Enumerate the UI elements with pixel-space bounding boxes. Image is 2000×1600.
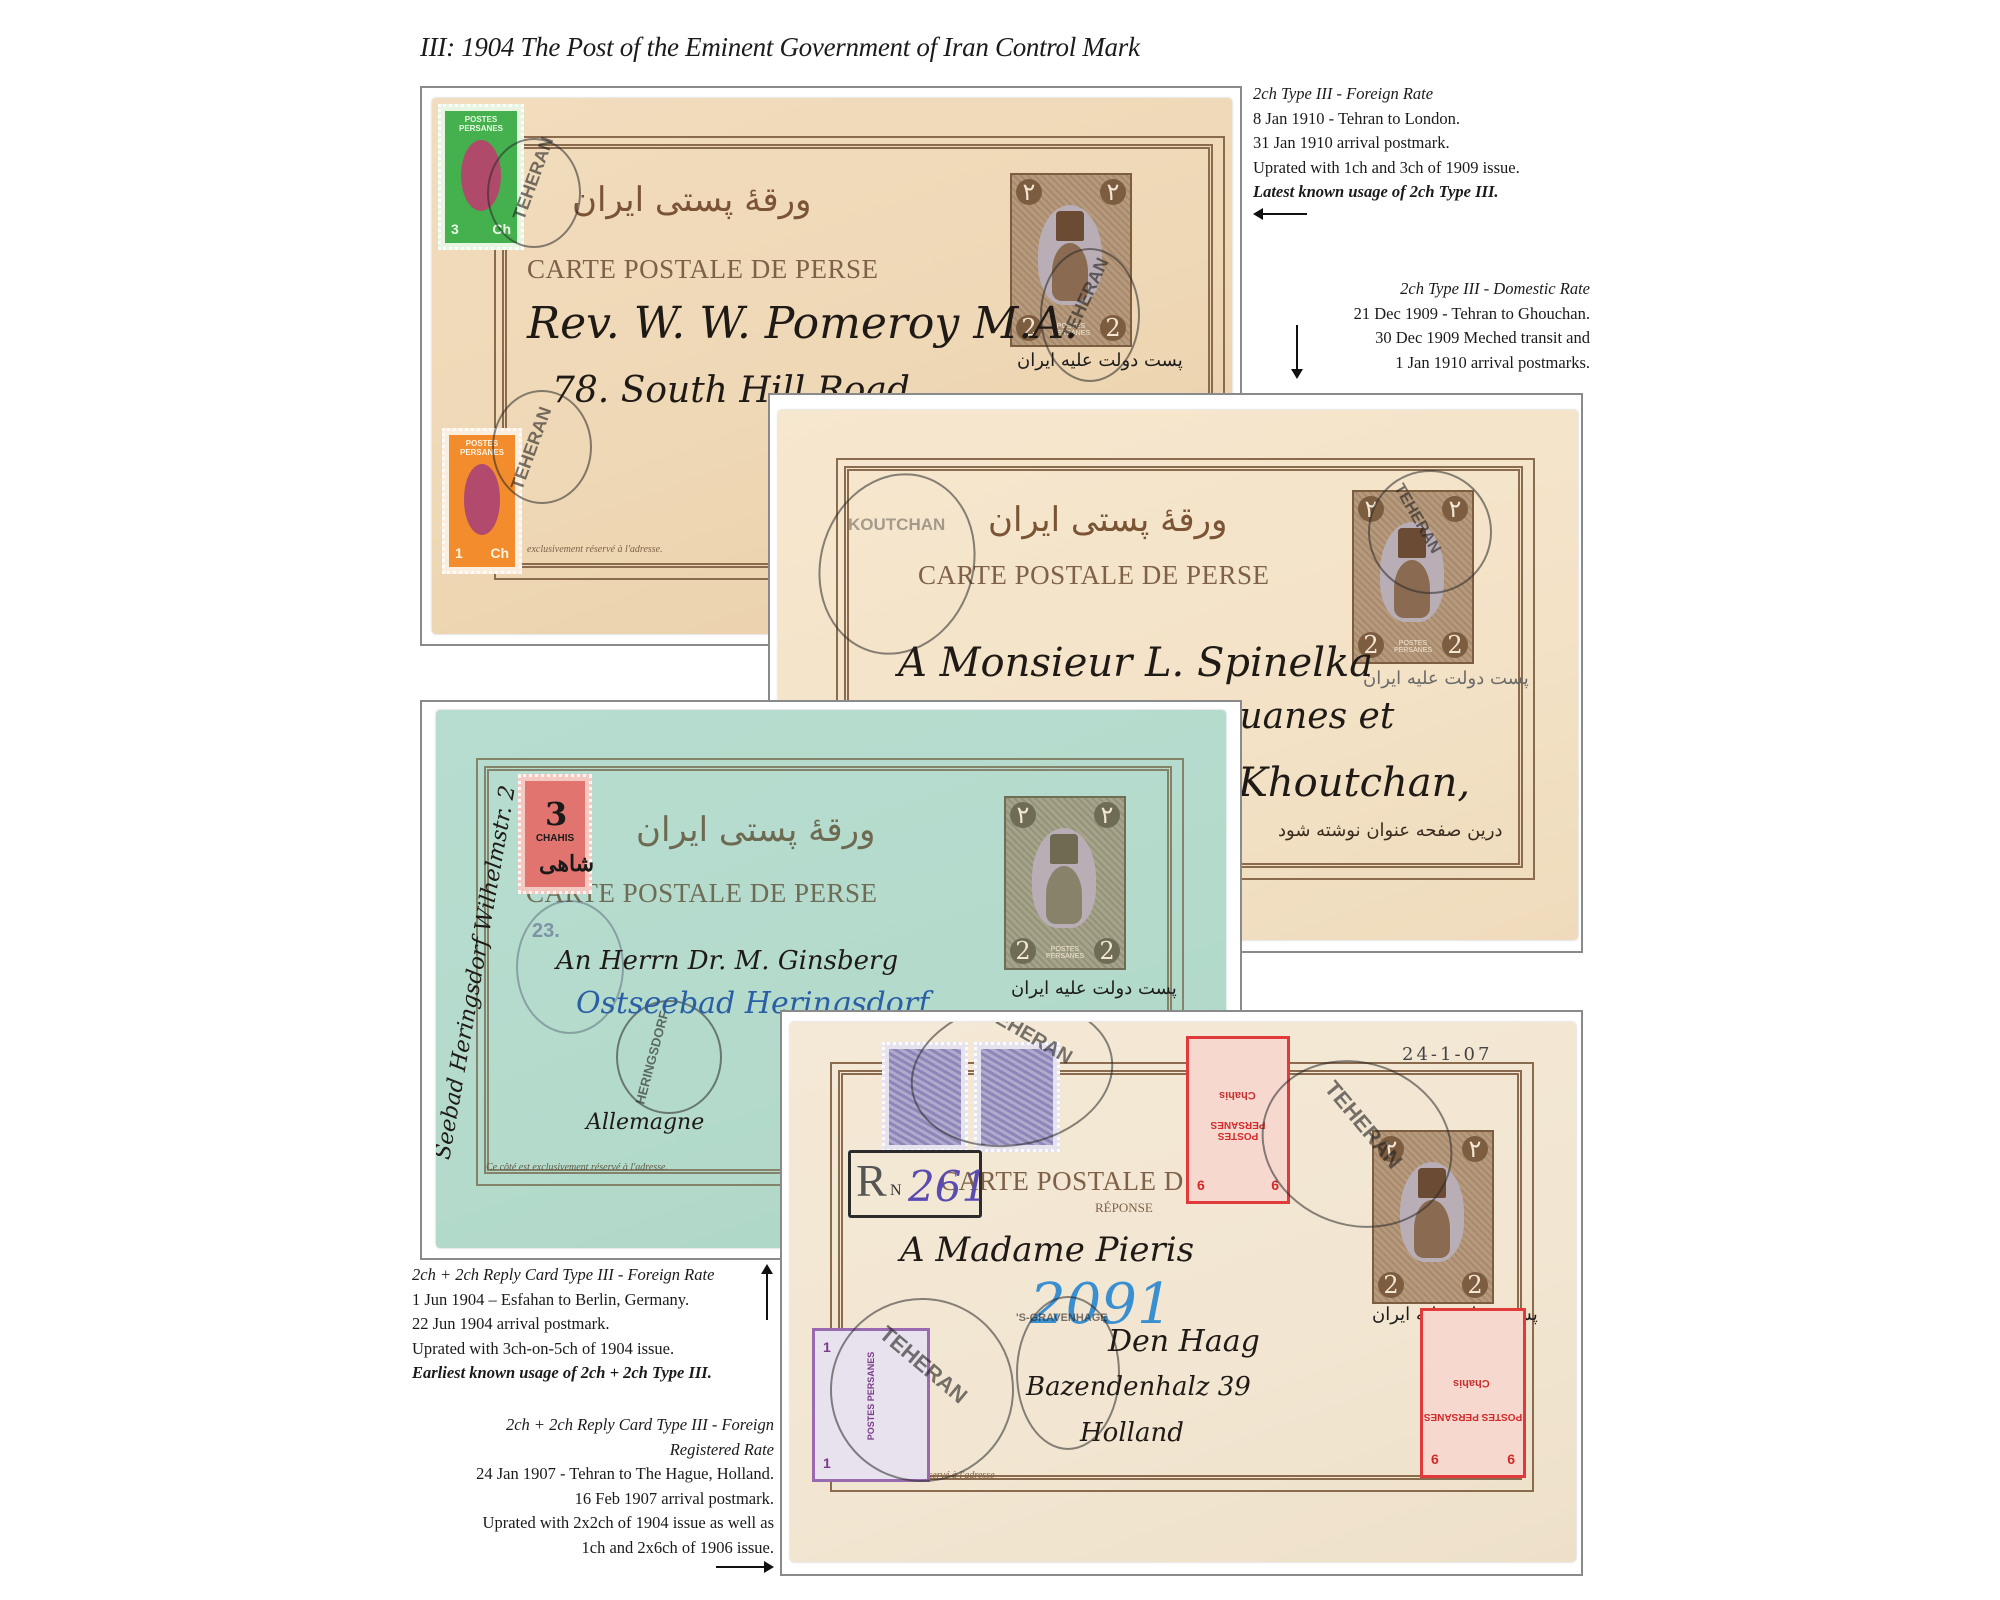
caption-1-line: 8 Jan 1910 - Tehran to London. [1253, 107, 1613, 132]
caption-3-line: 1 Jun 1904 – Esfahan to Berlin, Germany. [412, 1288, 792, 1313]
registration-n-label: N [890, 1182, 902, 1200]
surcharge-text: CHAHIS [525, 833, 585, 844]
gravenhage-postmark-text: 'S-GRAVENHAGE [1016, 1312, 1108, 1324]
caption-2: 2ch Type III - Domestic Rate 21 Dec 1909… [1200, 277, 1590, 375]
arrow-down-icon [1296, 325, 1298, 377]
caption-2-line: 30 Dec 1909 Meched transit and [1200, 326, 1590, 351]
card-2-persian-heading: ورقهٔ پستی ایران [988, 500, 1227, 540]
card-3-persian-heading: ورقهٔ پستی ایران [636, 810, 875, 850]
caption-4-line: 1ch and 2x6ch of 1906 issue. [390, 1536, 774, 1561]
card-3-control-overprint: پست دولت علیه ایران [1011, 978, 1177, 999]
lion-and-sun-emblem-icon [464, 464, 501, 535]
caption-2-heading: 2ch Type III - Domestic Rate [1200, 277, 1590, 302]
card-4-address-line-4: Holland [1080, 1418, 1184, 1448]
registration-number: 261 [908, 1162, 988, 1211]
card-4-address-line-2: Den Haag [1108, 1324, 1260, 1359]
stamp-3ch-on-5ch: 3 CHAHIS شاهی [518, 774, 592, 894]
card-4-address-line-1: A Madame Pieris [900, 1230, 1194, 1270]
caption-3: 2ch + 2ch Reply Card Type III - Foreign … [412, 1263, 792, 1386]
surcharge-persian: شاهی [539, 851, 594, 877]
card-3-address-line-3: Allemagne [586, 1110, 704, 1135]
stamp-6ch-red-2: POSTES PERSANES 6 6 Chahis [1420, 1308, 1526, 1478]
caption-3-heading: 2ch + 2ch Reply Card Type III - Foreign … [412, 1263, 792, 1288]
arrow-right-icon [716, 1566, 772, 1568]
caption-4-line: Uprated with 2x2ch of 1904 issue as well… [390, 1511, 774, 1536]
arrow-up-icon [766, 1266, 768, 1320]
caption-2-line: 21 Dec 1909 - Tehran to Ghouchan. [1200, 302, 1590, 327]
caption-1-emphasis: Latest known usage of 2ch Type III. [1253, 180, 1613, 205]
card-1-address-note: exclusivement réservé à l'adresse. [527, 544, 663, 555]
card-1-french-heading: CARTE POSTALE DE PERSE [527, 254, 879, 285]
caption-1-heading: 2ch Type III - Foreign Rate [1253, 82, 1613, 107]
caption-1: 2ch Type III - Foreign Rate 8 Jan 1910 -… [1253, 82, 1613, 205]
caption-4-heading-line: 2ch + 2ch Reply Card Type III - Foreign [390, 1413, 774, 1438]
registration-letter: R [856, 1154, 887, 1207]
caption-3-line: 22 Jun 1904 arrival postmark. [412, 1312, 792, 1337]
card-3-address-line-1: An Herrn Dr. M. Ginsberg [556, 946, 898, 976]
caption-4-line: 24 Jan 1907 - Tehran to The Hague, Holla… [390, 1462, 774, 1487]
arrow-left-icon [1255, 213, 1307, 215]
caption-1-line: 31 Jan 1910 arrival postmark. [1253, 131, 1613, 156]
caption-4-line: 16 Feb 1907 arrival postmark. [390, 1487, 774, 1512]
handwritten-date: 24-1-07 [1402, 1044, 1492, 1065]
caption-3-emphasis: Earliest known usage of 2ch + 2ch Type I… [412, 1361, 792, 1386]
koutchan-postmark-text: KOUTCHAN [848, 515, 945, 535]
caption-2-line: 1 Jan 1910 arrival postmarks. [1200, 351, 1590, 376]
card-2-address-line-3: Khoutchan, [1238, 760, 1470, 806]
card-3-indicium: ۲ ۲ 2 2 POSTES PERSANES [1004, 796, 1126, 970]
value-persian: ۲ [1016, 179, 1042, 205]
shah-portrait-icon [1032, 828, 1096, 928]
esfahan-postmark-text: 23. [532, 920, 560, 943]
caption-4-heading-line: Registered Rate [390, 1438, 774, 1463]
value-persian: ۲ [1100, 179, 1126, 205]
caption-4: 2ch + 2ch Reply Card Type III - Foreign … [390, 1413, 774, 1560]
card-4[interactable]: CARTE POSTALE D RÉPONSE réservé à l'adre… [790, 1022, 1576, 1562]
card-4-reply-label: RÉPONSE [1095, 1200, 1153, 1216]
caption-3-line: Uprated with 3ch-on-5ch of 1904 issue. [412, 1337, 792, 1362]
card-2-persian-footer: درین صفحه عنوان نوشته شود [1278, 820, 1503, 841]
card-2-address-line-1: A Monsieur L. Spinelka [898, 640, 1373, 686]
card-2-control-overprint: پست دولت علیه ایران [1363, 668, 1529, 689]
caption-1-line: Uprated with 1ch and 3ch of 1909 issue. [1253, 156, 1613, 181]
card-1-address-line-1: Rev. W. W. Pomeroy M.A. [527, 298, 1078, 349]
card-1-persian-heading: ورقهٔ پستی ایران [572, 180, 811, 220]
card-3-address-note: Ce côté est exclusivement réservé à l'ad… [486, 1162, 668, 1173]
page-title: III: 1904 The Post of the Eminent Govern… [420, 32, 1140, 63]
card-4-address-line-3: Bazendenhalz 39 [1026, 1372, 1251, 1402]
surcharge-value: 3 [545, 795, 567, 833]
